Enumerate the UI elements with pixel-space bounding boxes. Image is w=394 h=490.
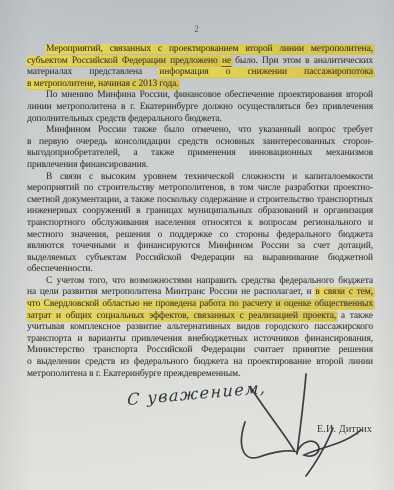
text-line: мероприятий по строительству метрополите… <box>27 183 373 195</box>
highlighted-text: в связи с тем, <box>314 287 374 297</box>
text-segment: было. При этом в аналитических <box>231 56 373 66</box>
text-segment: метрополитена в г. Екатеринбурге преждев… <box>27 369 240 379</box>
text-line: в первую очередь консолидации средств ос… <box>27 137 373 149</box>
page-number: 2 <box>0 24 394 34</box>
paragraph: Мероприятий, связанных с проектированием… <box>27 44 373 90</box>
highlighted-text: в метрополитене, начиная с 2013 года. <box>26 79 179 89</box>
text-line: о выделении средств из федерального бюдж… <box>27 357 373 369</box>
text-segment: в первую очередь консолидации средств ос… <box>27 137 373 147</box>
text-line: учитывая комплексное развитие альтернати… <box>27 322 373 334</box>
paragraph: Минфином России также было отмечено, что… <box>27 125 373 171</box>
text-segment: сметной документации, а также поскольку … <box>27 195 373 205</box>
text-segment: дополнительных средств федерального бюдж… <box>27 114 222 124</box>
highlighted-text: субъектом Российской Федерации предложен… <box>26 56 223 66</box>
text-line: что Свердловской областью не проведена р… <box>27 299 373 311</box>
highlighted-text: что Свердловской областью не проведена р… <box>26 299 374 309</box>
highlighted-text: Мероприятий, связанных с проектированием… <box>45 44 374 54</box>
text-line: С учетом того, что возможностями направи… <box>27 276 373 288</box>
text-line: инженерных сооружений в границах муницип… <box>27 206 373 218</box>
text-line: в метрополитене, начиная с 2013 года. <box>27 79 373 91</box>
text-line: субъектом Российской Федерации предложен… <box>27 56 373 68</box>
text-segment: транспортного обслуживания населения отн… <box>27 218 373 228</box>
text-line: Минфином России также было отмечено, что… <box>27 125 373 137</box>
document-body: Мероприятий, связанных с проектированием… <box>27 44 373 380</box>
paragraph: По мнению Минфина России, финансовое обе… <box>27 90 373 125</box>
text-line: Мероприятий, связанных с проектированием… <box>27 44 373 56</box>
text-line: привлечения финансирования. <box>27 160 373 172</box>
text-segment: являются точечными и финансируются Минфи… <box>27 241 373 251</box>
text-line: на цели развития метрополитена Минтранс … <box>27 287 373 299</box>
highlighted-text: информация о снижении пассажиропотока <box>158 67 374 77</box>
text-segment: а также <box>336 311 373 321</box>
text-line: По мнению Минфина России, финансовое обе… <box>27 90 373 102</box>
text-segment: Минфином России также было отмечено, что… <box>46 125 373 135</box>
text-segment: материалах представлена <box>27 67 159 77</box>
text-line: являются точечными и финансируются Минфи… <box>27 241 373 253</box>
text-line: местного значения, решения о поддержке с… <box>27 230 373 242</box>
text-line: линии метрополитена в г. Екатеринбурге д… <box>27 102 373 114</box>
text-segment: В связи с высоким уровнем технической сл… <box>46 172 373 182</box>
text-segment: выгодоприобретателей, а также применения… <box>27 148 373 158</box>
paragraph: С учетом того, что возможностями направи… <box>27 276 373 380</box>
text-segment: местного значения, решения о поддержке с… <box>27 230 373 240</box>
text-segment: транспорта и варианты привлечения внебюд… <box>27 334 373 344</box>
text-segment: мероприятий по строительству метрополите… <box>27 183 373 193</box>
text-segment: Министерство транспорта Российской Федер… <box>27 345 373 355</box>
text-line: сметной документации, а также поскольку … <box>27 195 373 207</box>
text-line: транспорта и варианты привлечения внебюд… <box>27 334 373 346</box>
text-line: обеспеченности. <box>27 264 373 276</box>
text-segment: линии метрополитена в г. Екатеринбурге д… <box>27 102 373 112</box>
text-segment: С учетом того, что возможностями направи… <box>46 276 373 286</box>
text-segment: на цели развития метрополитена Минтранс … <box>27 287 315 297</box>
text-line: В связи с высоким уровнем технической сл… <box>27 172 373 184</box>
text-segment: привлечения финансирования. <box>27 160 148 170</box>
paragraph: В связи с высоким уровнем технической сл… <box>27 172 373 276</box>
text-line: выделяемых субъектам Российской Федераци… <box>27 253 373 265</box>
text-line: Министерство транспорта Российской Федер… <box>27 345 373 357</box>
text-segment: учитывая комплексное развитие альтернати… <box>27 322 373 332</box>
highlighted-text: затрат и общих социальных эффектов, связ… <box>26 311 337 321</box>
text-line: транспортного обслуживания населения отн… <box>27 218 373 230</box>
text-segment: По мнению Минфина России, финансовое обе… <box>46 90 373 100</box>
text-segment: инженерных сооружений в границах муницип… <box>27 206 373 216</box>
text-line: материалах представлена информация о сни… <box>27 67 373 79</box>
text-segment: выделяемых субъектам Российской Федераци… <box>27 253 373 263</box>
signatory-name: Е.И. Дитрих <box>317 424 372 435</box>
text-line: дополнительных средств федерального бюдж… <box>27 114 373 126</box>
text-segment: о выделении средств из федерального бюдж… <box>27 357 373 367</box>
text-segment: обеспеченности. <box>27 264 93 274</box>
text-line: затрат и общих социальных эффектов, связ… <box>27 311 373 323</box>
text-line: выгодоприобретателей, а также применения… <box>27 148 373 160</box>
